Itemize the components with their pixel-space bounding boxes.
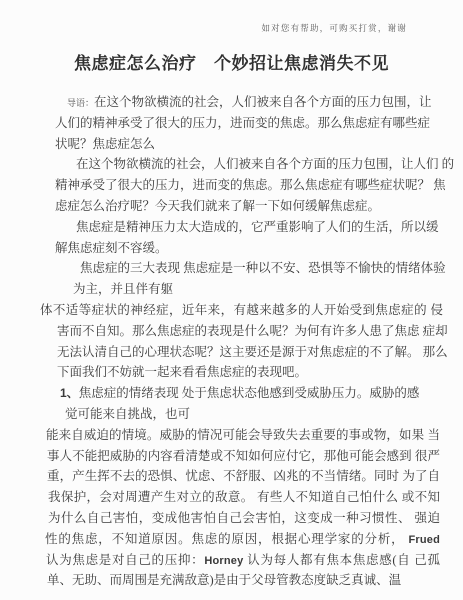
document-body: 导语：在这个物欲横流的社会，人们被来自各个方面的压力包围，让 人们的精神承受了很… — [0, 92, 463, 591]
text-line: 性的焦虑，不知道原因。焦虑的原因，根据心理学家的分析， Frued — [45, 529, 440, 550]
intro-label: 导语： — [67, 98, 94, 108]
document-page: 如对您有帮助，可购买打赏，谢谢 焦虑症怎么治疗 个妙招让焦虑消失不见 导语：在这… — [0, 0, 463, 600]
text-line: 能来自威迫的情境。威胁的情况可能会导致失去重要的事或物，如果 当 — [46, 425, 440, 446]
text-line: 在这个物欲横流的社会，人们被来自各个方面的压力包围，让人们 的 — [76, 154, 411, 175]
line-text: 在这个物欲横流的社会，人们被来自各个方面的压力包围，让 — [94, 95, 432, 109]
text-line: 导语：在这个物欲横流的社会，人们被来自各个方面的压力包围，让 — [67, 92, 411, 113]
text-line: 觉可能来自挑战，也可 — [65, 404, 463, 425]
text-line: 下面我们不妨就一起来看看焦虑症的表现吧。 — [57, 362, 463, 383]
text-line: 事人不能把威胁的内容看清楚或不知如何应付它，那他可能会感到 很严 — [47, 446, 440, 467]
text-line: 体不适等症状的神经症，近年来，有越来越多的人开始受到焦虑症的 侵 — [40, 300, 443, 321]
text-line: 虑症怎么治疗呢？今天我们就来了解一下如何缓解焦虑症。 — [55, 196, 463, 217]
header-note: 如对您有帮助，可购买打赏，谢谢 — [261, 22, 407, 34]
line-text: 焦虑症的情绪表现 处于焦虑状态他感到受威胁压力。威胁的感 — [79, 386, 420, 400]
text-line: 认为焦虑是对自己的压抑：Horney 认为每人都有焦本焦虑感(自 己孤 — [46, 550, 440, 571]
text-line: 我保护，会对周遭产生对立的敌意。 有些人不知道自己怕什么 或不知 — [48, 487, 440, 508]
text-line: 人们的精神承受了很大的压力，进而变的焦虑。那么焦虑症有哪些症 — [55, 113, 411, 134]
text-line: 解焦虑症刻不容缓。 — [55, 238, 463, 259]
text-line: 焦虑症的三大表现 焦虑症是一种以不安、恐惧等不愉快的情绪体验 — [80, 258, 411, 279]
text-line: 状呢？焦虑症怎么 — [55, 134, 463, 155]
page-title: 焦虑症怎么治疗 个妙招让焦虑消失不见 — [0, 49, 463, 74]
text-line: 为主，并且伴有躯 — [73, 279, 463, 300]
text-line: 单、无助、而周围是充满敌意)是由于父母管教态度缺乏真诚、温 — [47, 570, 463, 591]
text-line: 无法认清自己的心理状态呢？这主要还是源于对焦虑症的不了解。 那么 — [57, 342, 443, 363]
list-number: 1、 — [60, 386, 79, 400]
text-line: 重，产生挥不去的恐惧、忧虑、不舒服、凶兆的不当情绪。同时 为了自 — [47, 466, 440, 487]
text-line: 焦虑症是精神压力太大造成的，它严重影响了人们的生活，所以缓 — [76, 217, 411, 238]
text-line: 精神承受了很大的压力，进而变的焦虑。那么焦虑症有哪些症状呢？ 焦 — [55, 175, 411, 196]
text-line: 害而不自知。那么焦虑症的表现是什么呢？为何有许多人患了焦虑 症却 — [57, 321, 443, 342]
text-line: 1、焦虑症的情绪表现 处于焦虑状态他感到受威胁压力。威胁的感 — [60, 383, 411, 404]
text-line: 为什么自己害怕，变成他害怕自己会害怕，这变成一种习惯性、 强迫 — [48, 508, 440, 529]
